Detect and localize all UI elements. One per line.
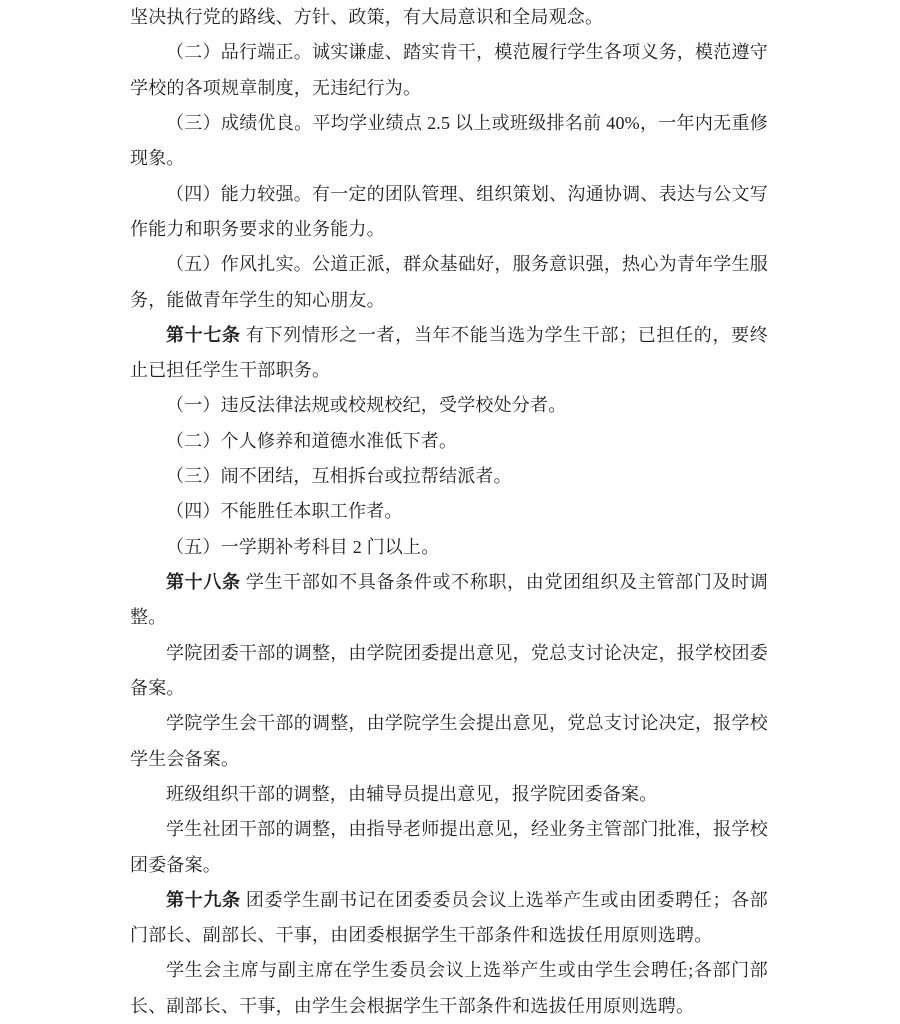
body-paragraph: （五）作风扎实。公道正派，群众基础好，服务意识强，热心为青年学生服务，能做青年学… [130,247,768,318]
body-paragraph: 学院学生会干部的调整，由学院学生会提出意见，党总支讨论决定，报学校学生会备案。 [130,706,768,777]
article-paragraph: 第十九条 团委学生副书记在团委委员会议上选举产生或由团委聘任；各部门部长、副部长… [130,883,768,954]
body-paragraph: 学生社团干部的调整，由指导老师提出意见，经业务主管部门批准，报学校团委备案。 [130,812,768,883]
body-paragraph: （四）能力较强。有一定的团队管理、组织策划、沟通协调、表达与公文写作能力和职务要… [130,177,768,248]
body-paragraph: （四）不能胜任本职工作者。 [130,494,768,529]
body-paragraph: 坚决执行党的路线、方针、政策，有大局意识和全局观念。 [130,0,768,35]
article-number: 第十八条 [166,572,241,592]
article-number: 第十七条 [166,325,241,345]
article-paragraph: 第十七条 有下列情形之一者，当年不能当选为学生干部；已担任的，要终止已担任学生干… [130,318,768,389]
body-paragraph: （一）违反法律法规或校规校纪，受学校处分者。 [130,388,768,423]
body-paragraph: （三）成绩优良。平均学业绩点 2.5 以上或班级排名前 40%，一年内无重修现象… [130,106,768,177]
article-number: 第十九条 [166,890,241,910]
body-paragraph: （五）一学期补考科目 2 门以上。 [130,530,768,565]
body-paragraph: 班级组织干部的调整，由辅导员提出意见，报学院团委备案。 [130,777,768,812]
body-paragraph: （二）品行端正。诚实谦虚、踏实肯干，模范履行学生各项义务，模范遵守学校的各项规章… [130,35,768,106]
body-paragraph: （二）个人修养和道德水准低下者。 [130,424,768,459]
document-page: 坚决执行党的路线、方针、政策，有大局意识和全局观念。（二）品行端正。诚实谦虚、踏… [0,0,900,1024]
body-paragraph: （三）闹不团结，互相拆台或拉帮结派者。 [130,459,768,494]
body-paragraph: 学生会主席与副主席在学生委员会议上选举产生或由学生会聘任;各部门部长、副部长、干… [130,953,768,1024]
body-paragraph: 学院团委干部的调整，由学院团委提出意见，党总支讨论决定，报学校团委备案。 [130,636,768,707]
article-paragraph: 第十八条 学生干部如不具备条件或不称职，由党团组织及主管部门及时调整。 [130,565,768,636]
